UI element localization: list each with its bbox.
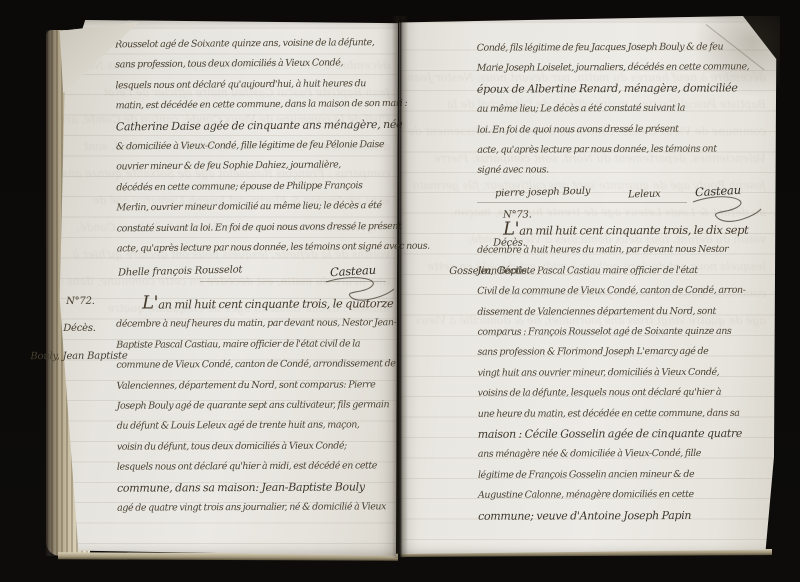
- manuscript-line: dissement de Valenciennes département du…: [477, 301, 748, 322]
- manuscript-line: Rousselot agé de Soixante quinze ans, vo…: [115, 33, 428, 56]
- manuscript-line: voisins de la défunte, lesquels nous ont…: [478, 383, 749, 404]
- manuscript-line-spouse: époux de Albertine Renard, ménagère, dom…: [477, 78, 750, 100]
- manuscript-line: & domiciliée à Vieux-Condé, fille légiti…: [116, 135, 429, 158]
- manuscript-line-decedent: commune, dans sa maison: Jean-Baptiste B…: [117, 477, 397, 499]
- manuscript-line: comparus : François Rousselot agé de Soi…: [477, 322, 748, 343]
- manuscript-line: acte, qu'après lecture par nous donnée, …: [117, 237, 430, 260]
- witness-signature: pierre joseph Bouly: [495, 186, 590, 199]
- manuscript-line: Augustine Calonne, ménagère domiciliés e…: [478, 485, 749, 506]
- manuscript-line: Civil de la commune de Vieux Condé, cant…: [477, 281, 748, 302]
- manuscript-line: commune de Vieux Condé, canton de Condé,…: [116, 354, 396, 376]
- manuscript-line-decedent: Catherine Daise agée de cinquante ans mé…: [116, 114, 429, 137]
- manuscript-line: une heure du matin, est décédée en cette…: [478, 403, 749, 424]
- decedent-name: Bouly, Jean Baptiste: [30, 351, 127, 363]
- manuscript-line: lesquels nous ont déclaré qu'hier à midi…: [117, 456, 397, 478]
- manuscript-line-opening: L'an mil huit cent cinquante trois, le d…: [477, 219, 748, 241]
- manuscript-line-opening: L'an mil huit cent cinquante trois, le q…: [116, 292, 396, 315]
- record-number: N°72.: [66, 296, 95, 307]
- witness-signature: Leleux: [628, 189, 661, 201]
- register-photo: décembre à huit heures du matin, par dev…: [0, 0, 800, 582]
- manuscript-line: décembre à huit heures du matin, par dev…: [477, 240, 748, 261]
- manuscript-line: Valenciennes, département du Nord, sont …: [116, 375, 396, 397]
- manuscript-line-spouse: commune; veuve d'Antoine Joseph Papin: [478, 505, 749, 526]
- manuscript-line: matin, est décédée en cette commune, dan…: [116, 94, 429, 117]
- record-71-continuation: Rousselot agé de Soixante quinze ans, vo…: [115, 33, 430, 260]
- manuscript-line: ouvrier mineur & de feu Sophie Dahiez, j…: [116, 155, 429, 178]
- manuscript-line: sans profession, tous deux domiciliés à …: [115, 53, 428, 76]
- manuscript-line: agé de quatre vingt trois ans journalier…: [117, 497, 397, 519]
- manuscript-line: signé avec nous.: [477, 160, 750, 182]
- manuscript-line: lesquels nous ont déclaré qu'aujourd'hui…: [115, 73, 428, 96]
- manuscript-line: Condé, fils légitime de feu Jacques Jose…: [477, 37, 750, 59]
- record-type-label: Décès.: [63, 323, 96, 334]
- manuscript-line: vingt huit ans ouvrier mineur, domicilié…: [478, 363, 749, 384]
- manuscript-line: sans profession & Florimond Joseph L'ema…: [477, 342, 748, 363]
- manuscript-line-decedent: maison : Cécile Gosselin agée de cinquan…: [478, 424, 749, 445]
- manuscript-line: du défunt & Louis Leleux agé de trente h…: [117, 416, 397, 438]
- record-72-body: L'an mil huit cent cinquante trois, le q…: [116, 292, 397, 519]
- manuscript-line: ans ménagère née & domiciliée à Vieux-Co…: [478, 444, 749, 465]
- manuscript-line: constaté suivant la loi. En foi de quoi …: [117, 216, 430, 239]
- record-73-body: L'an mil huit cent cinquante trois, le d…: [477, 219, 749, 527]
- record-71-signatures: Dhelle françois Rousselot Casteau: [116, 264, 396, 294]
- manuscript-line: légitime de François Gosselin ancien min…: [478, 465, 749, 486]
- manuscript-line: voisin du défunt, tous deux domiciliés à…: [117, 436, 397, 458]
- manuscript-line: Jean Baptiste Pascal Castiau maire offic…: [477, 261, 748, 282]
- signature-rule: [477, 202, 687, 203]
- manuscript-line: Baptiste Pascal Castiau, maire officier …: [116, 334, 396, 356]
- record-72-continuation: Condé, fils légitime de feu Jacques Jose…: [477, 37, 750, 181]
- manuscript-line: décembre à neuf heures du matin, par dev…: [116, 314, 396, 336]
- manuscript-line: décédés en cette commune; épouse de Phil…: [116, 175, 429, 198]
- manuscript-line: acte, qu'après lecture par nous donnée, …: [477, 139, 750, 161]
- left-page: Rousselot agé de Soixante quinze ans, vo…: [58, 20, 398, 556]
- manuscript-line: au même lieu; Le décès a été constaté su…: [477, 99, 750, 121]
- manuscript-line: loi. En foi de quoi nous avons dressé le…: [477, 119, 750, 141]
- manuscript-line: Marie Joseph Loiselet, journaliers, décé…: [477, 58, 750, 80]
- right-page: Condé, fils légitime de feu Jacques Jose…: [399, 16, 777, 558]
- witness-signature: Dhelle françois Rousselot: [118, 264, 243, 278]
- manuscript-line: Merlin, ouvrier mineur domicilié au même…: [116, 196, 429, 219]
- manuscript-line: Joseph Bouly agé de quarante sept ans cu…: [117, 395, 397, 417]
